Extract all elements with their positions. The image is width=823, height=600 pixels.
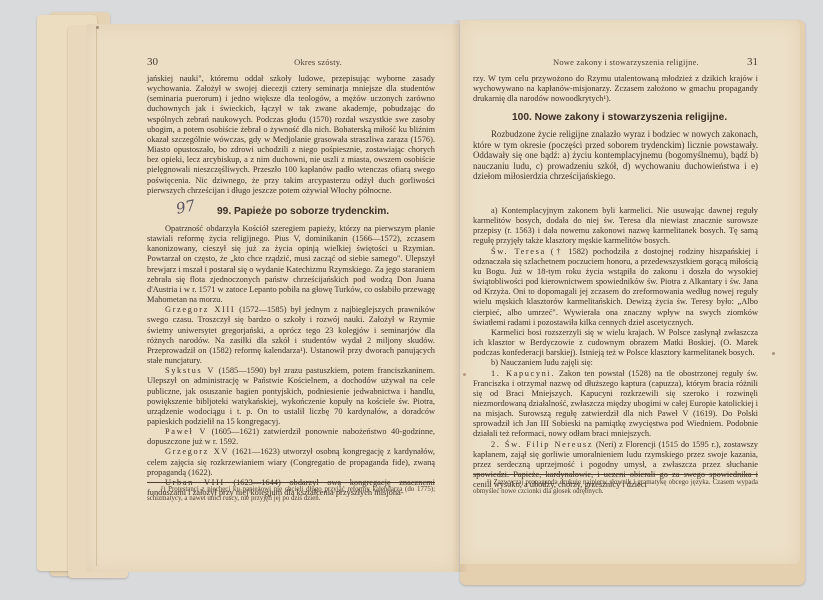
section-heading: 100. Nowe zakony i stowarzyszenia religi…: [512, 112, 727, 123]
pope-name: Grzegorz XIII: [165, 305, 235, 314]
paragraph: Grzegorz XV (1621—1623) utworzył osobną …: [147, 447, 435, 477]
footnote: ¹) Protestanci z niechęci ku papieżowi n…: [147, 486, 435, 503]
section-heading: 99. Papieże po soborze trydenckim.: [217, 206, 389, 217]
page-number: 30: [147, 56, 158, 68]
paper-speck: [772, 352, 775, 355]
right-section-body: a) Kontemplacyjnym zakonem byli karmelic…: [473, 206, 758, 490]
paragraph: Rozbudzone życie religijne znalazło wyra…: [473, 129, 758, 182]
page-number: 31: [747, 56, 758, 68]
paragraph: Paweł V (1605—1621) zatwierdził ponownie…: [147, 427, 435, 447]
paragraph: jańskiej nauki", któremu oddał szkoły lu…: [147, 74, 435, 196]
section-intro: Rozbudzone życie religijne znalazło wyra…: [473, 129, 758, 182]
pope-name: Paweł V: [165, 427, 207, 436]
left-continuation-text: jańskiej nauki", któremu oddał szkoły lu…: [147, 74, 435, 196]
right-continuation-text: rzy. W tym celu przywożono do Rzymu utal…: [473, 74, 758, 104]
paragraph-lead: a) Kontemplacyjnym zakonem byli karmelic…: [491, 206, 653, 215]
person-name: 2. Św. Filip Nereusz: [491, 440, 593, 449]
running-title: Nowe zakony i stowarzyszenia religijne.: [553, 57, 699, 67]
footnote-divider: [147, 482, 435, 483]
paper-speck: [463, 373, 466, 376]
right-running-head: Nowe zakony i stowarzyszenia religijne. …: [473, 56, 758, 68]
paragraph: Św. Teresa († 1582) pochodziła z dostojn…: [473, 247, 758, 328]
left-running-head: 30 Okres szósty.: [147, 56, 447, 68]
paragraph: Opatrzność obdarzyła Kościół szeregiem p…: [147, 224, 435, 305]
paragraph: 1. Kapucyni. Zakon ten powstał (1528) na…: [473, 369, 758, 440]
paper-speck: [96, 26, 99, 29]
pope-name: Grzegorz XV: [165, 447, 229, 456]
person-name: Św. Teresa: [491, 247, 546, 256]
footnote: ¹) Zazwyczaj propaganda drukuje najpierw…: [473, 479, 758, 496]
paragraph: a) Kontemplacyjnym zakonem byli karmelic…: [473, 206, 758, 247]
paragraph: b) Nauczaniem ludu zajęli się:: [473, 358, 758, 368]
paragraph: Sykstus V (1585—1590) był zrazu pastuszk…: [147, 366, 435, 427]
paragraph: rzy. W tym celu przywożono do Rzymu utal…: [473, 74, 758, 104]
order-name: 1. Kapucyni.: [491, 369, 555, 378]
pope-name: Sykstus V: [165, 366, 215, 375]
subheading: b) Nauczaniem ludu zajęli się:: [491, 358, 593, 367]
left-section-body: Opatrzność obdarzyła Kościół szeregiem p…: [147, 224, 435, 498]
footnote-divider: [473, 474, 758, 475]
page-fold-line: [96, 26, 106, 566]
paragraph: Karmelici bosi rozszerzyli się w wielu k…: [473, 328, 758, 358]
paragraph: Grzegorz XIII (1572—1585) był jednym z n…: [147, 305, 435, 366]
running-title: Okres szósty.: [294, 57, 342, 67]
